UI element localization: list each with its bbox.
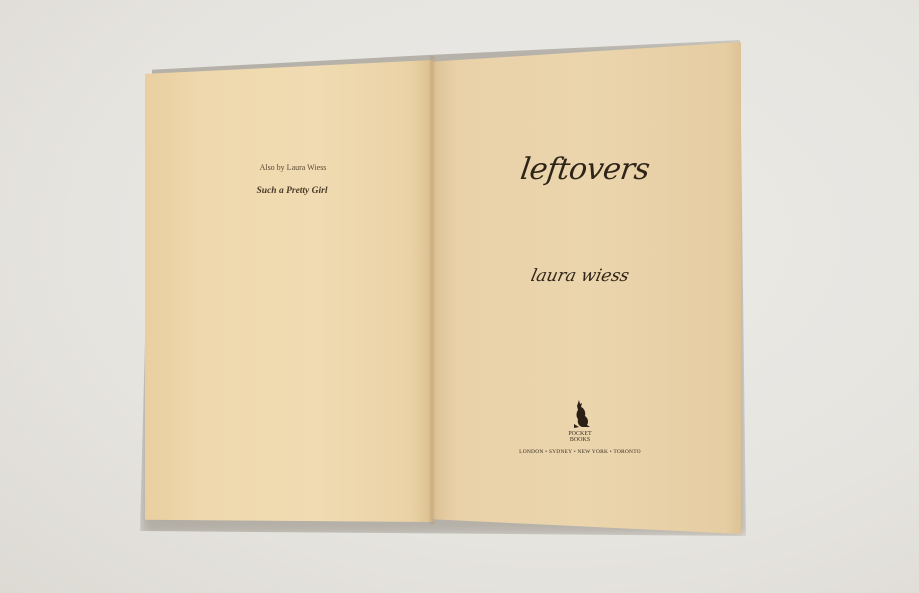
right-page — [432, 42, 741, 534]
kangaroo-icon — [570, 398, 592, 432]
other-book-title: Such a Pretty Girl — [232, 186, 352, 196]
book-gutter — [428, 56, 436, 524]
publisher-cities: LONDON • SYDNEY • NEW YORK • TORONTO — [505, 449, 655, 455]
also-by-line: Also by Laura Wiess — [238, 163, 348, 172]
publisher-line-2: BOOKS — [550, 437, 610, 443]
book-author: laura wiess — [508, 266, 652, 286]
publisher-name: POCKET BOOKS — [550, 431, 610, 443]
book-title: leftovers — [518, 152, 653, 187]
left-page — [145, 60, 433, 522]
